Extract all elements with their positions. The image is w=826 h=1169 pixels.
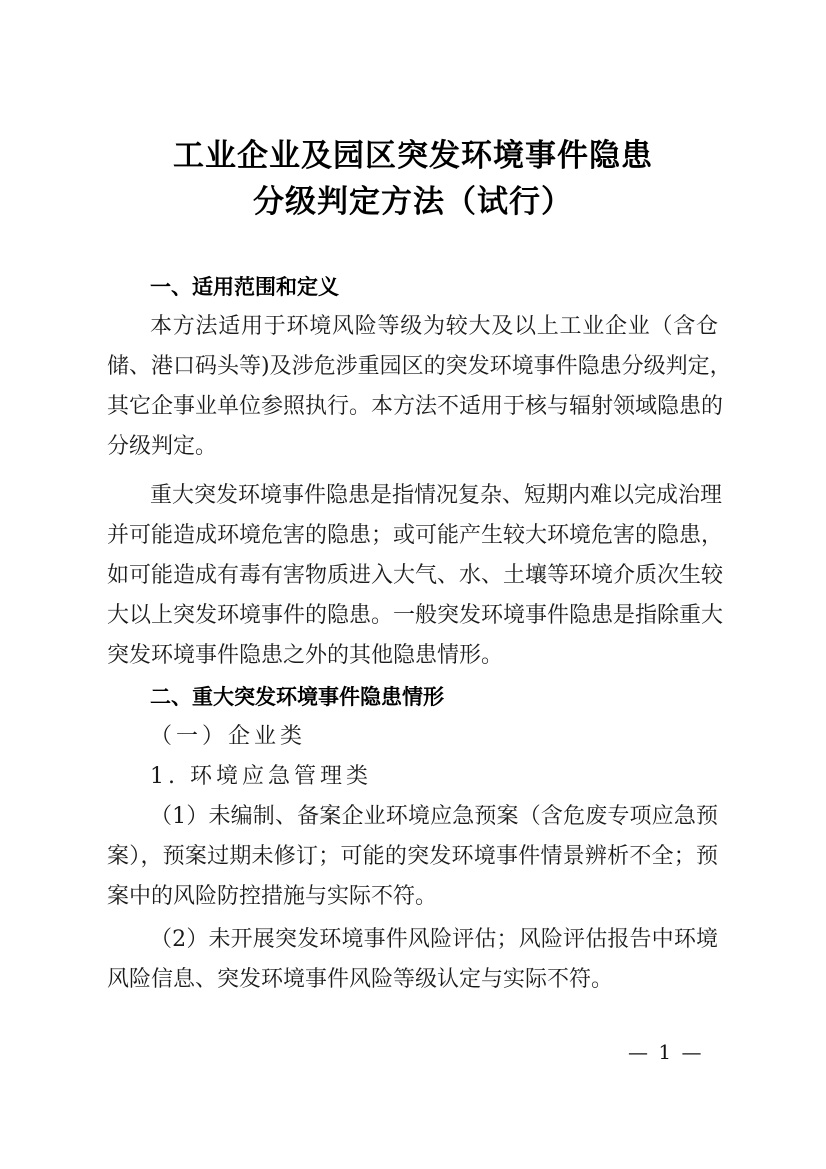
paragraph-line: 案），预案过期未修订；可能的突发环境事件情景辨析不全；预 xyxy=(107,842,718,872)
page-number: — 1 — xyxy=(628,1040,703,1064)
paragraph-line: 大以上突发环境事件的隐患。一般突发环境事件隐患是指除重大 xyxy=(107,601,718,631)
paragraph-line: 案中的风险防控措施与实际不符。 xyxy=(107,882,718,912)
subsection-heading-enterprise: （一）企业类 xyxy=(150,722,306,752)
paragraph-line: 如可能造成有毒有害物质进入大气、水、土壤等环境介质次生较 xyxy=(107,561,718,591)
paragraph-line: 突发环境事件隐患之外的其他隐患情形。 xyxy=(107,641,718,671)
paragraph-line: 储、港口码头等)及涉危涉重园区的突发环境事件隐患分级判定， xyxy=(107,352,718,382)
paragraph-line: 重大突发环境事件隐患是指情况复杂、短期内难以完成治理 xyxy=(150,481,718,511)
paragraph-line: 并可能造成环境危害的隐患；或可能产生较大环境危害的隐患， xyxy=(107,521,718,551)
item-heading-emergency-management: 1. 环境应急管理类 xyxy=(150,762,372,792)
paragraph-line: （1）未编制、备案企业环境应急预案（含危废专项应急预 xyxy=(150,802,718,832)
paragraph-line: 分级判定。 xyxy=(107,432,718,462)
paragraph-line: 其它企事业单位参照执行。本方法不适用于核与辐射领域隐患的 xyxy=(107,392,718,422)
section-heading-major-hazards: 二、重大突发环境事件隐患情形 xyxy=(150,682,444,712)
document-title-line-2: 分级判定方法（试行） xyxy=(0,176,826,221)
paragraph-line: 本方法适用于环境风险等级为较大及以上工业企业（含仓 xyxy=(150,312,718,342)
document-page: 工业企业及园区突发环境事件隐患 分级判定方法（试行） 一、适用范围和定义 本方法… xyxy=(0,0,826,1169)
paragraph-line: 风险信息、突发环境事件风险等级认定与实际不符。 xyxy=(107,965,718,995)
document-title-line-1: 工业企业及园区突发环境事件隐患 xyxy=(0,130,826,175)
paragraph-line: （2）未开展突发环境事件风险评估；风险评估报告中环境 xyxy=(150,925,718,955)
section-heading-scope: 一、适用范围和定义 xyxy=(150,272,339,302)
